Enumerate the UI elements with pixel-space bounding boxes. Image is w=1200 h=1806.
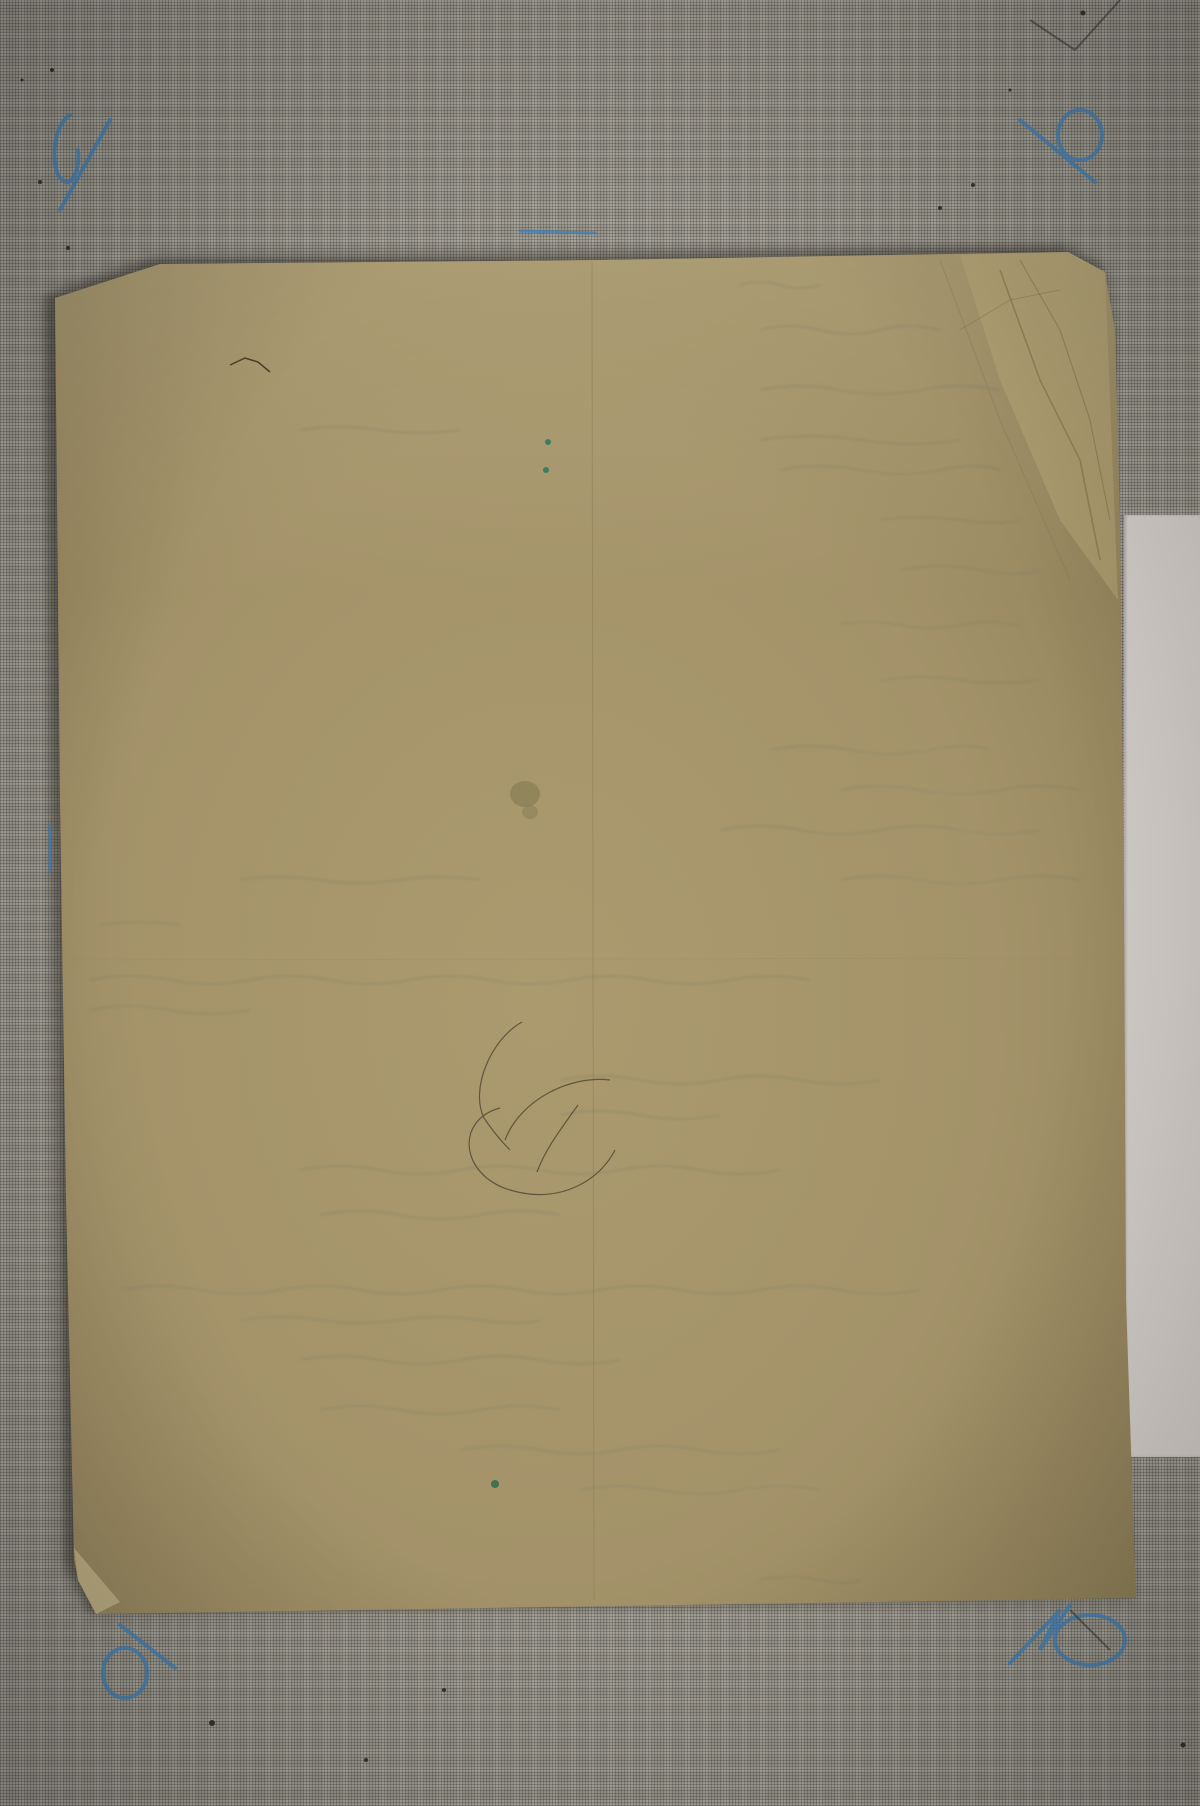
mark-top-right — [1058, 110, 1102, 160]
mark-bottom-right — [1055, 1615, 1125, 1665]
mark-top-left — [54, 115, 78, 182]
registration-marks — [0, 0, 1200, 1806]
mark-bottom-left — [103, 1648, 147, 1698]
